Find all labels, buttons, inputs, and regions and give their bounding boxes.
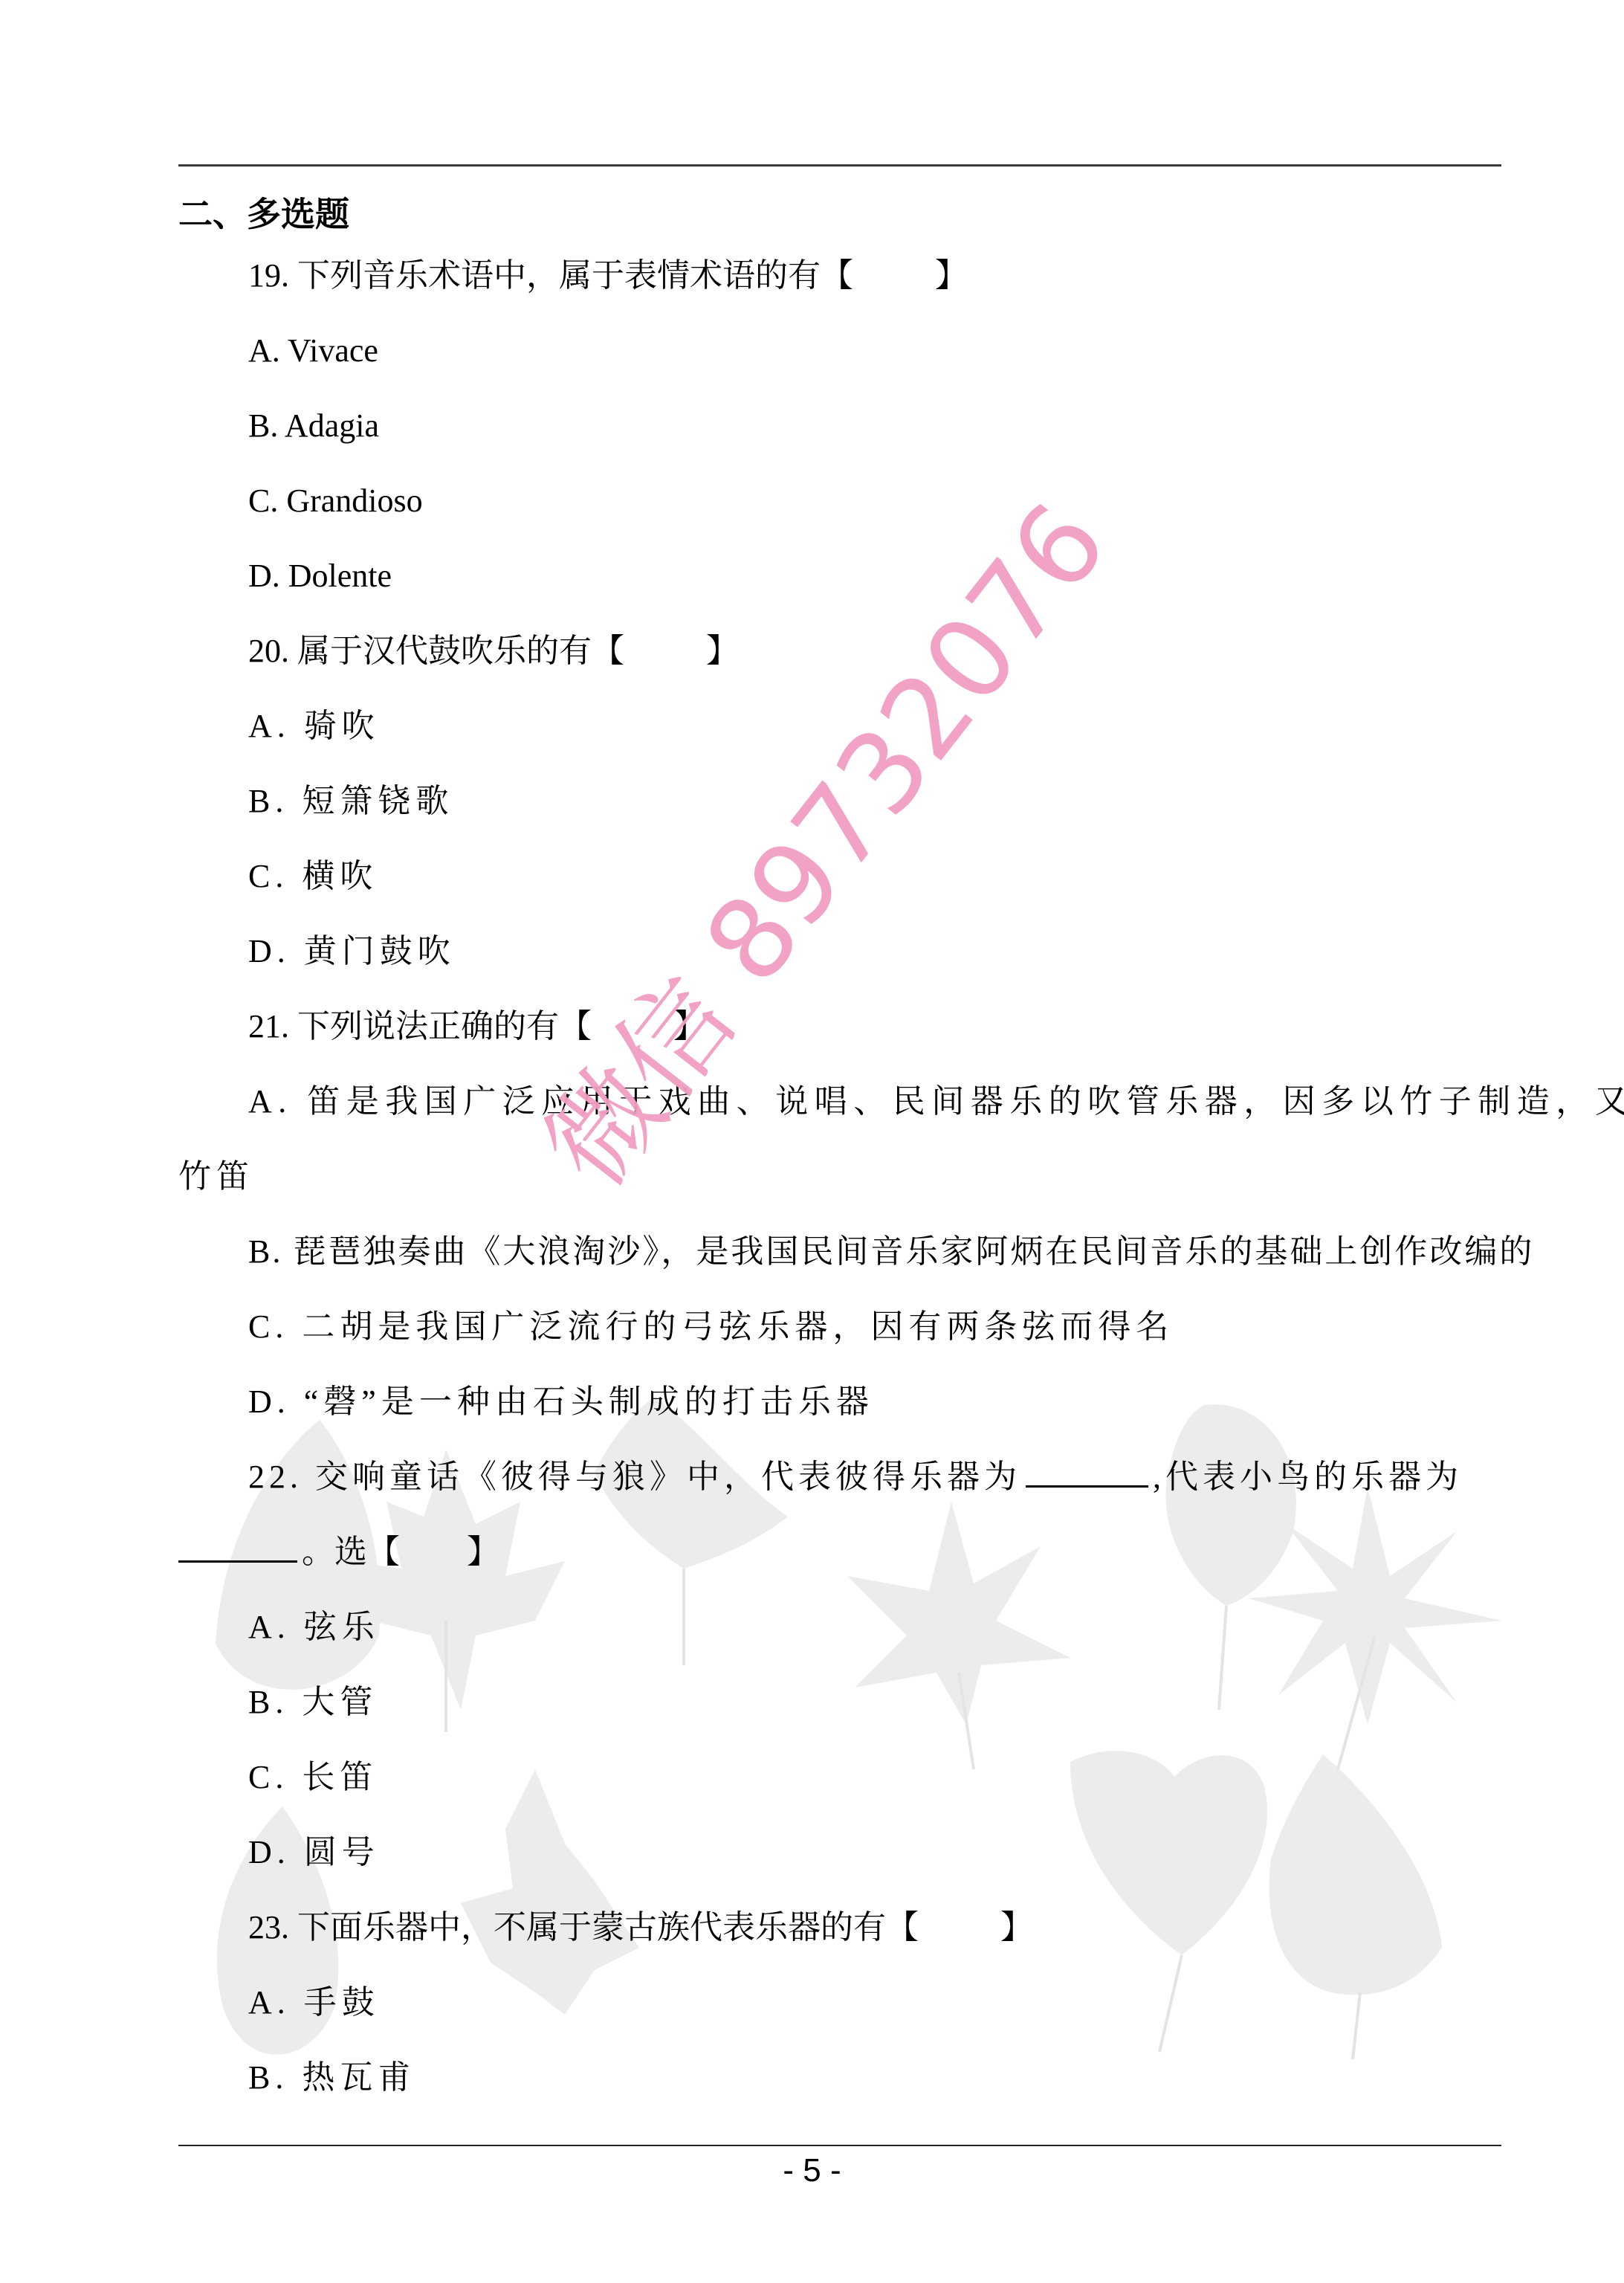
question-20-option-b: B. 短箫铙歌 [248, 779, 453, 824]
question-20-option-d: D. 黄门鼓吹 [248, 929, 456, 974]
question-22-option-a: A. 弦乐 [248, 1605, 380, 1650]
question-21-option-a: A. 笛是我国广泛应用于戏曲、说唱、民间器乐的吹管乐器，因多以竹子制造，又叫 [248, 1079, 1624, 1124]
question-21-option-a-continued: 竹笛 [178, 1155, 254, 1199]
footer-divider [178, 2145, 1501, 2146]
section-title: 二、多选题 [178, 192, 349, 236]
header-divider [178, 164, 1501, 167]
question-22-stem: 22. 交响童话《彼得与狼》中，代表彼得乐器为,代表小鸟的乐器为 [248, 1455, 1463, 1499]
question-19-option-b: B. Adagia [248, 404, 379, 448]
question-21-option-d: D. “磬”是一种由石头制成的打击乐器 [248, 1380, 874, 1424]
question-23-stem: 23. 下面乐器中，不属于蒙古族代表乐器的有【】 [248, 1905, 1033, 1950]
question-21-option-b: B. 琵琶独奏曲《大浪淘沙》，是我国民间音乐家阿炳在民间音乐的基础上创作改编的 [248, 1230, 1534, 1274]
question-19-option-a: A. Vivace [248, 329, 378, 373]
question-22-option-c: C. 长笛 [248, 1755, 378, 1800]
question-22-option-b: B. 大管 [248, 1680, 378, 1725]
question-21-option-c: C. 二胡是我国广泛流行的弓弦乐器，因有两条弦而得名 [248, 1305, 1174, 1349]
question-20-option-c: C. 横吹 [248, 854, 378, 899]
answer-blank-2 [178, 1531, 297, 1563]
question-23-option-b: B. 热瓦甫 [248, 2056, 415, 2100]
question-19-stem: 19. 下列音乐术语中，属于表情术语的有【】 [248, 254, 968, 298]
question-22-stem-continued: 。选【】 [178, 1530, 499, 1575]
question-19-option-c: C. Grandioso [248, 479, 423, 523]
page-number: - 5 - [0, 2152, 1624, 2189]
question-22-option-d: D. 圆号 [248, 1830, 380, 1875]
question-19-option-d: D. Dolente [248, 554, 392, 598]
answer-blank-1 [1026, 1456, 1148, 1488]
question-23-option-a: A. 手鼓 [248, 1980, 380, 2025]
question-20-stem: 20. 属于汉代鼓吹乐的有【】 [248, 629, 739, 674]
document-page: 二、多选题 19. 下列音乐术语中，属于表情术语的有【】 A. Vivace B… [0, 0, 1624, 2283]
question-20-option-a: A. 骑吹 [248, 704, 380, 749]
